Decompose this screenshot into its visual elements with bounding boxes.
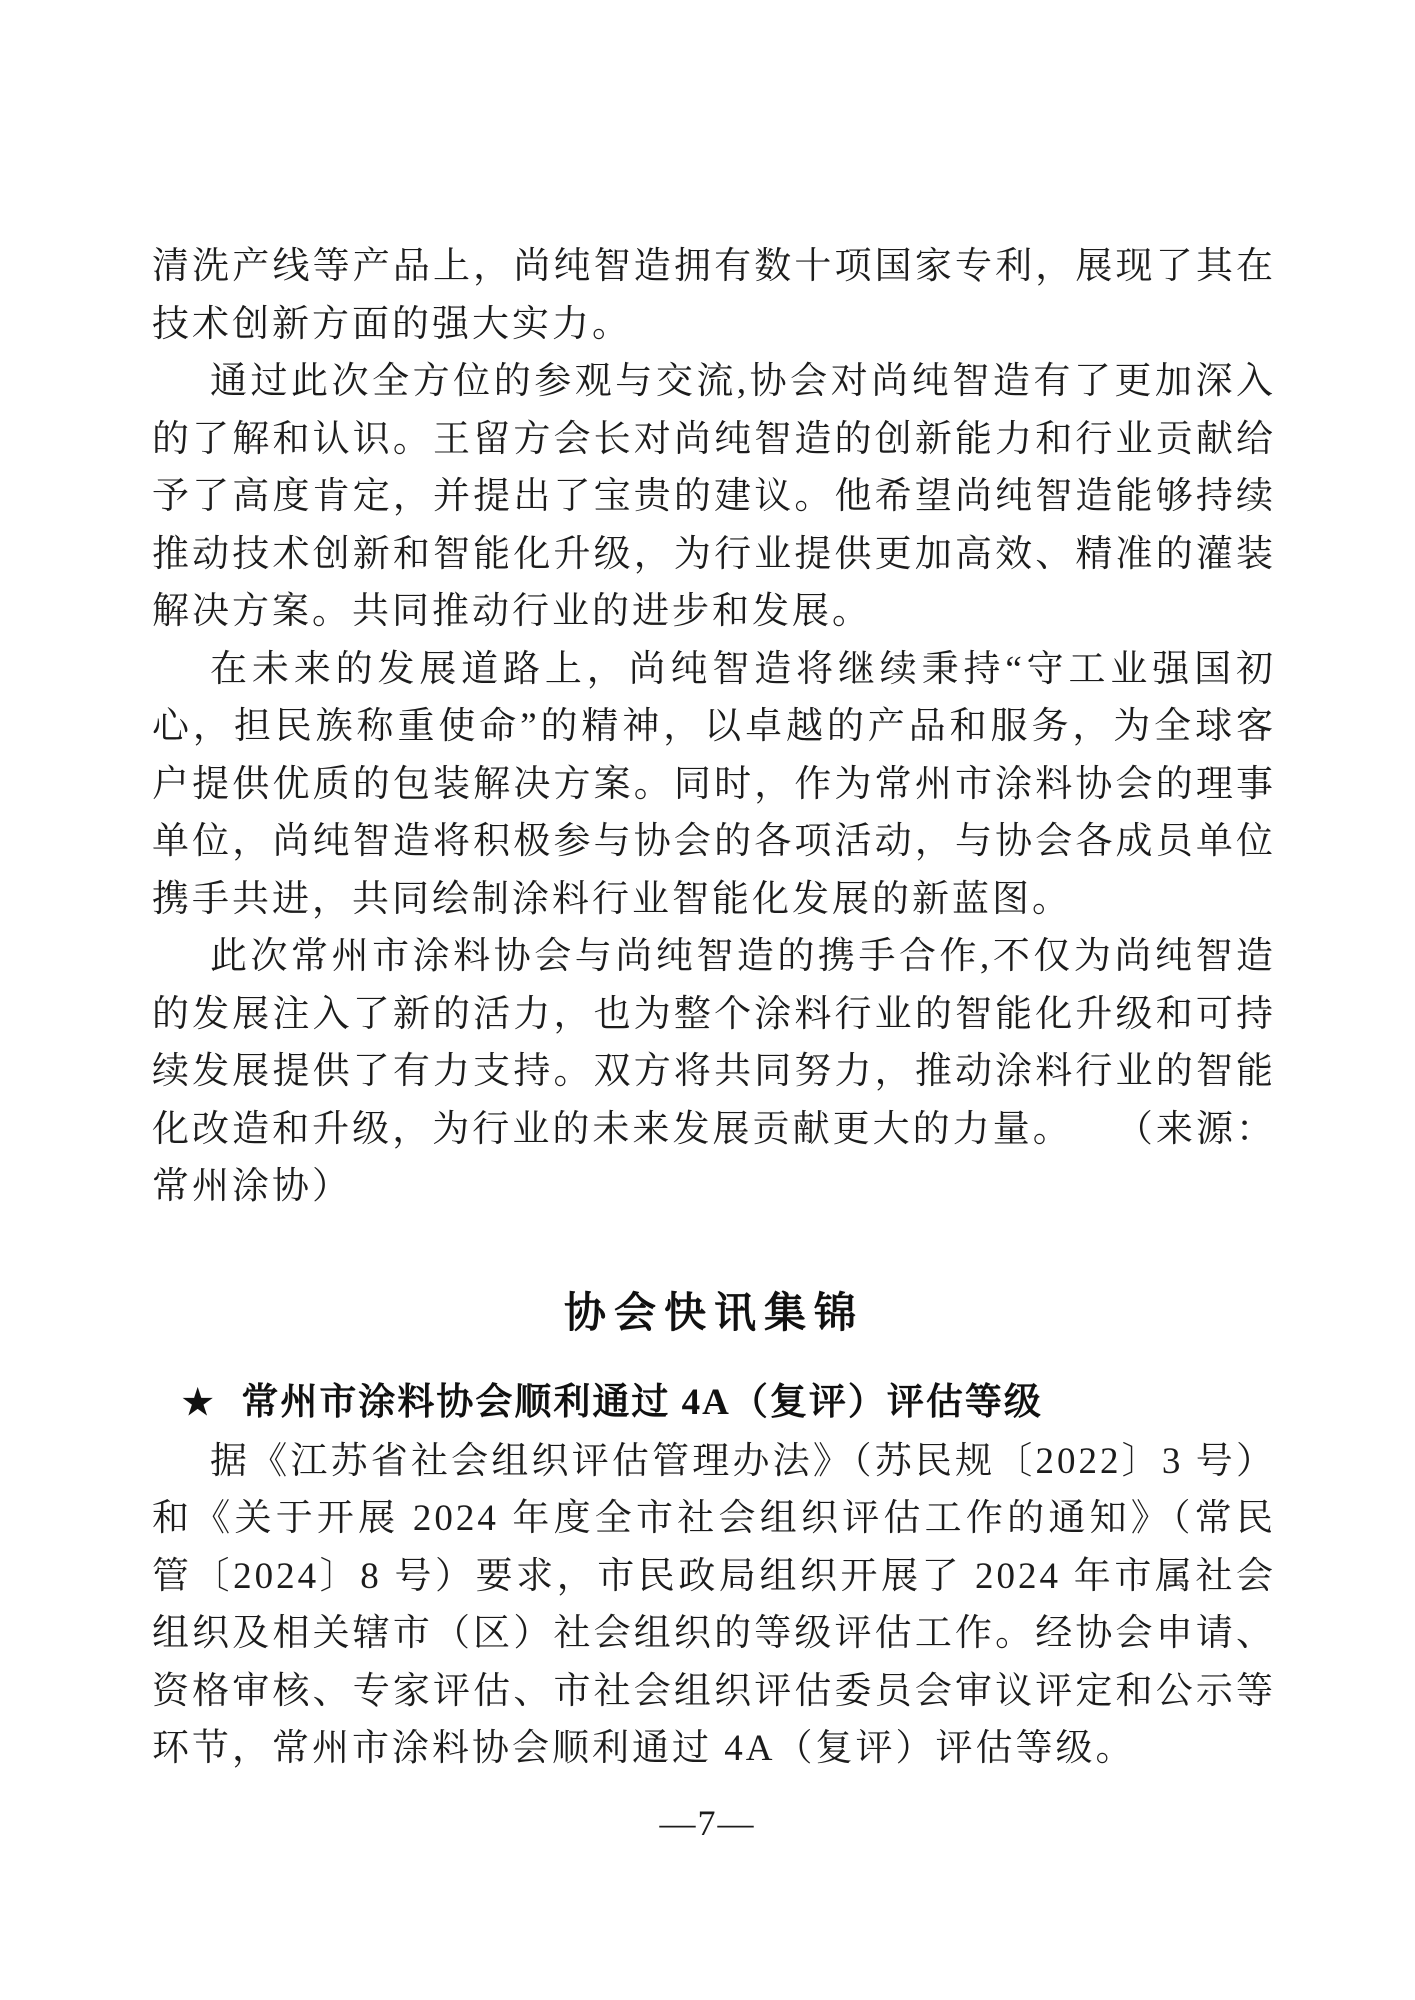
document-content: 清洗产线等产品上，尚纯智造拥有数十项国家专利，展现了其在技术创新方面的强大实力。… [152,238,1276,1778]
page-number: —7— [0,1802,1415,1844]
paragraph-cooperation-source: 此次常州市涂料协会与尚纯智造的携手合作,不仅为尚纯智造的发展注入了新的活力，也为… [152,928,1276,1216]
document-page: 清洗产线等产品上，尚纯智造拥有数十项国家专利，展现了其在技术创新方面的强大实力。… [0,0,1415,2000]
news-item-heading: ★ 常州市涂料协会顺利通过 4A（复评）评估等级 [152,1378,1276,1428]
star-icon: ★ [182,1378,215,1428]
paragraph-visit-exchange: 通过此次全方位的参观与交流,协会对尚纯智造有了更加深入的了解和认识。王留方会长对… [152,353,1276,641]
section-title: 协会快讯集锦 [152,1286,1276,1342]
paragraph-4a-evaluation: 据《江苏省社会组织评估管理办法》（苏民规〔2022〕3 号）和《关于开展 202… [152,1433,1276,1778]
paragraph-future-outlook: 在未来的发展道路上，尚纯智造将继续秉持“守工业强国初心，担民族称重使命”的精神，… [152,641,1276,929]
news-item-title: 常州市涂料协会顺利通过 4A（复评）评估等级 [241,1378,1042,1428]
paragraph-continuation: 清洗产线等产品上，尚纯智造拥有数十项国家专利，展现了其在技术创新方面的强大实力。 [152,238,1276,353]
